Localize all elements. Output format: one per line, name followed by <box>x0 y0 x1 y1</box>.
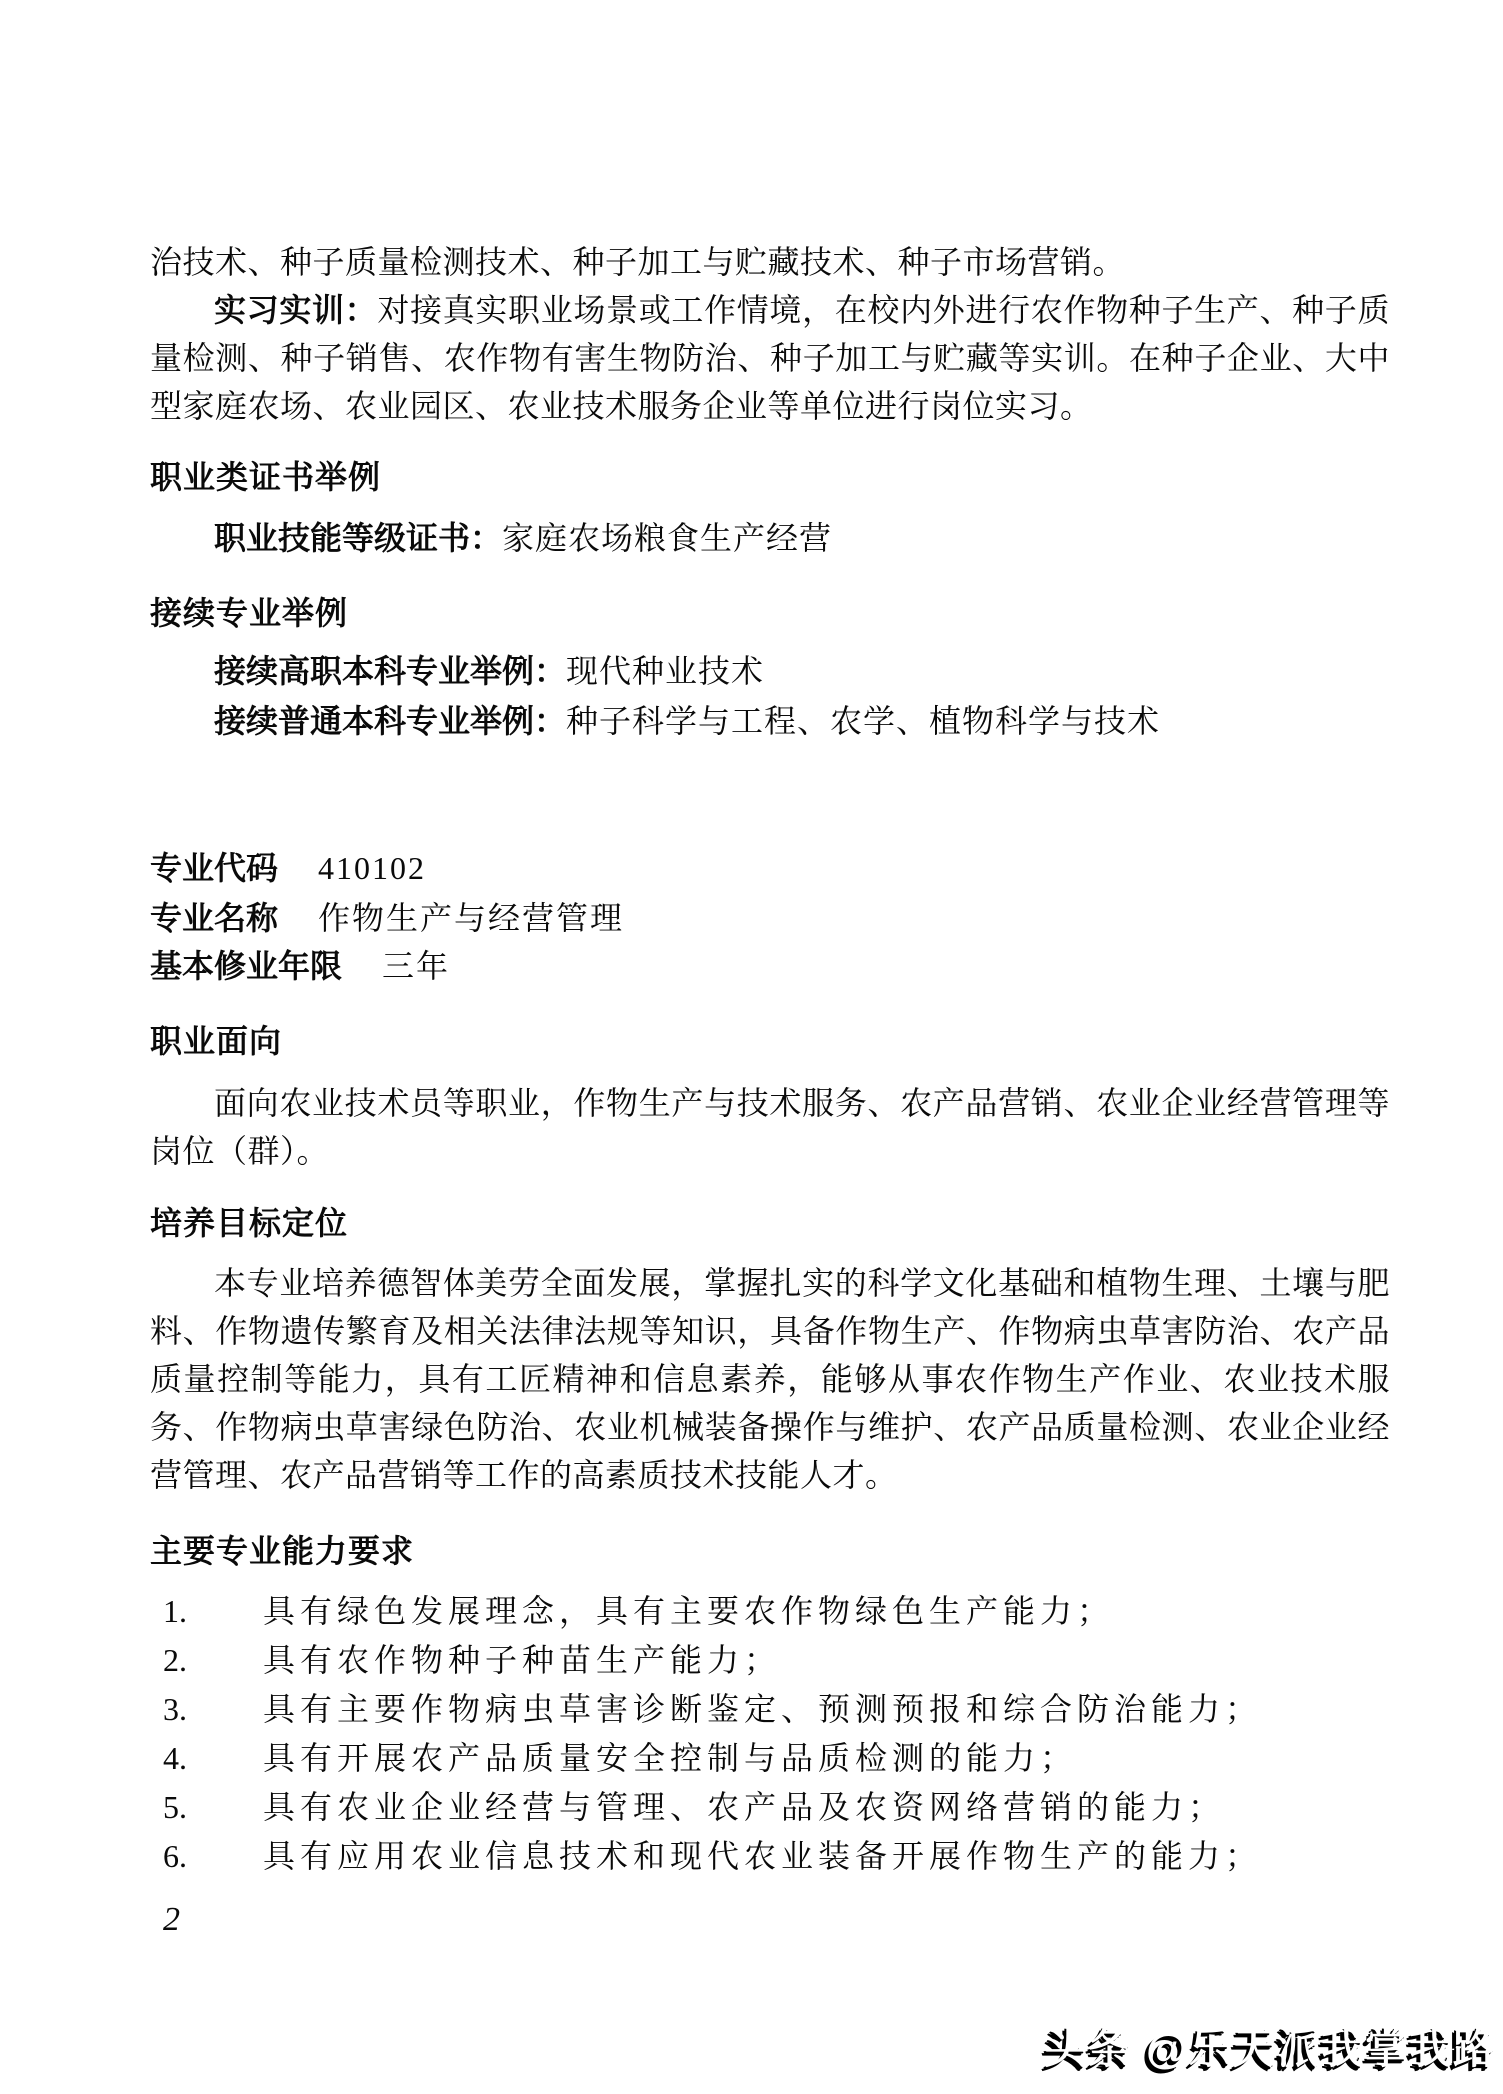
continued-paragraph: 治技术、种子质量检测技术、种子加工与贮藏技术、种子市场营销。 <box>150 238 1390 286</box>
major-duration-value: 三年 <box>382 948 450 984</box>
ability-item-number: 6. <box>163 1832 263 1880</box>
section-heading-career: 职业面向 <box>150 1017 1390 1065</box>
career-paragraph: 面向农业技术员等职业，作物生产与技术服务、农产品营销、农业企业经营管理等岗位（群… <box>150 1079 1390 1175</box>
major-code-line: 专业代码410102 <box>150 844 1390 892</box>
ability-item-text: 具有农业企业经营与管理、农产品及农资网络营销的能力； <box>263 1789 1225 1825</box>
ability-item: 2.具有农作物种子种苗生产能力； <box>150 1636 1390 1684</box>
continue-major-line: 接续普通本科专业举例：种子科学与工程、农学、植物科学与技术 <box>150 697 1390 745</box>
major-name-value: 作物生产与经营管理 <box>318 900 624 936</box>
continue-major-line: 接续高职本科专业举例：现代种业技术 <box>150 647 1390 695</box>
practice-paragraph: 实习实训：对接真实职业场景或工作情境，在校内外进行农作物种子生产、种子质量检测、… <box>150 286 1390 430</box>
certificate-label: 职业技能等级证书： <box>214 520 502 556</box>
ability-item-text: 具有应用农业信息技术和现代农业装备开展作物生产的能力； <box>263 1838 1262 1874</box>
section-heading-continue-majors: 接续专业举例 <box>150 589 1390 637</box>
certificate-value: 家庭农场粮食生产经营 <box>502 520 832 556</box>
section-heading-certificates: 职业类证书举例 <box>150 453 1390 501</box>
document-page: { "page": { "number": "2", "watermark": … <box>0 0 1503 2094</box>
major-name-line: 专业名称作物生产与经营管理 <box>150 894 1390 942</box>
ability-item-text: 具有主要作物病虫草害诊断鉴定、预测预报和综合防治能力； <box>263 1691 1262 1727</box>
continue-vocational-label: 接续高职本科专业举例： <box>214 653 566 689</box>
ability-item-text: 具有绿色发展理念，具有主要农作物绿色生产能力； <box>263 1593 1114 1629</box>
ability-item-text: 具有农作物种子种苗生产能力； <box>263 1642 781 1678</box>
ability-item: 4.具有开展农产品质量安全控制与品质检测的能力； <box>150 1734 1390 1782</box>
ability-item-number: 3. <box>163 1685 263 1733</box>
watermark-text: 头条 @乐天派我掌我路 <box>1044 2020 1497 2078</box>
continue-regular-label: 接续普通本科专业举例： <box>214 703 566 739</box>
major-name-label: 专业名称 <box>150 900 278 936</box>
ability-item: 5.具有农业企业经营与管理、农产品及农资网络营销的能力； <box>150 1783 1390 1831</box>
ability-item: 1.具有绿色发展理念，具有主要农作物绿色生产能力； <box>150 1587 1390 1635</box>
certificate-line: 职业技能等级证书：家庭农场粮食生产经营 <box>150 514 1390 562</box>
practice-label: 实习实训： <box>214 292 377 328</box>
section-heading-abilities: 主要专业能力要求 <box>150 1527 1390 1575</box>
goal-paragraph: 本专业培养德智体美劳全面发展，掌握扎实的科学文化基础和植物生理、土壤与肥料、作物… <box>150 1259 1390 1499</box>
ability-list: 1.具有绿色发展理念，具有主要农作物绿色生产能力； 2.具有农作物种子种苗生产能… <box>150 1587 1390 1880</box>
ability-item-text: 具有开展农产品质量安全控制与品质检测的能力； <box>263 1740 1077 1776</box>
major-duration-label: 基本修业年限 <box>150 948 342 984</box>
ability-item-number: 4. <box>163 1734 263 1782</box>
ability-item-number: 1. <box>163 1587 263 1635</box>
continue-vocational-value: 现代种业技术 <box>566 653 764 689</box>
major-code-value: 410102 <box>318 850 426 886</box>
continue-regular-value: 种子科学与工程、农学、植物科学与技术 <box>566 703 1160 739</box>
section-heading-goal: 培养目标定位 <box>150 1199 1390 1247</box>
ability-item: 6.具有应用农业信息技术和现代农业装备开展作物生产的能力； <box>150 1832 1390 1880</box>
ability-item: 3.具有主要作物病虫草害诊断鉴定、预测预报和综合防治能力； <box>150 1685 1390 1733</box>
major-code-label: 专业代码 <box>150 850 278 886</box>
major-duration-line: 基本修业年限三年 <box>150 942 1390 990</box>
ability-item-number: 2. <box>163 1636 263 1684</box>
page-number: 2 <box>163 1896 180 1944</box>
document-body: 治技术、种子质量检测技术、种子加工与贮藏技术、种子市场营销。 实习实训：对接真实… <box>150 238 1390 1881</box>
ability-item-number: 5. <box>163 1783 263 1831</box>
